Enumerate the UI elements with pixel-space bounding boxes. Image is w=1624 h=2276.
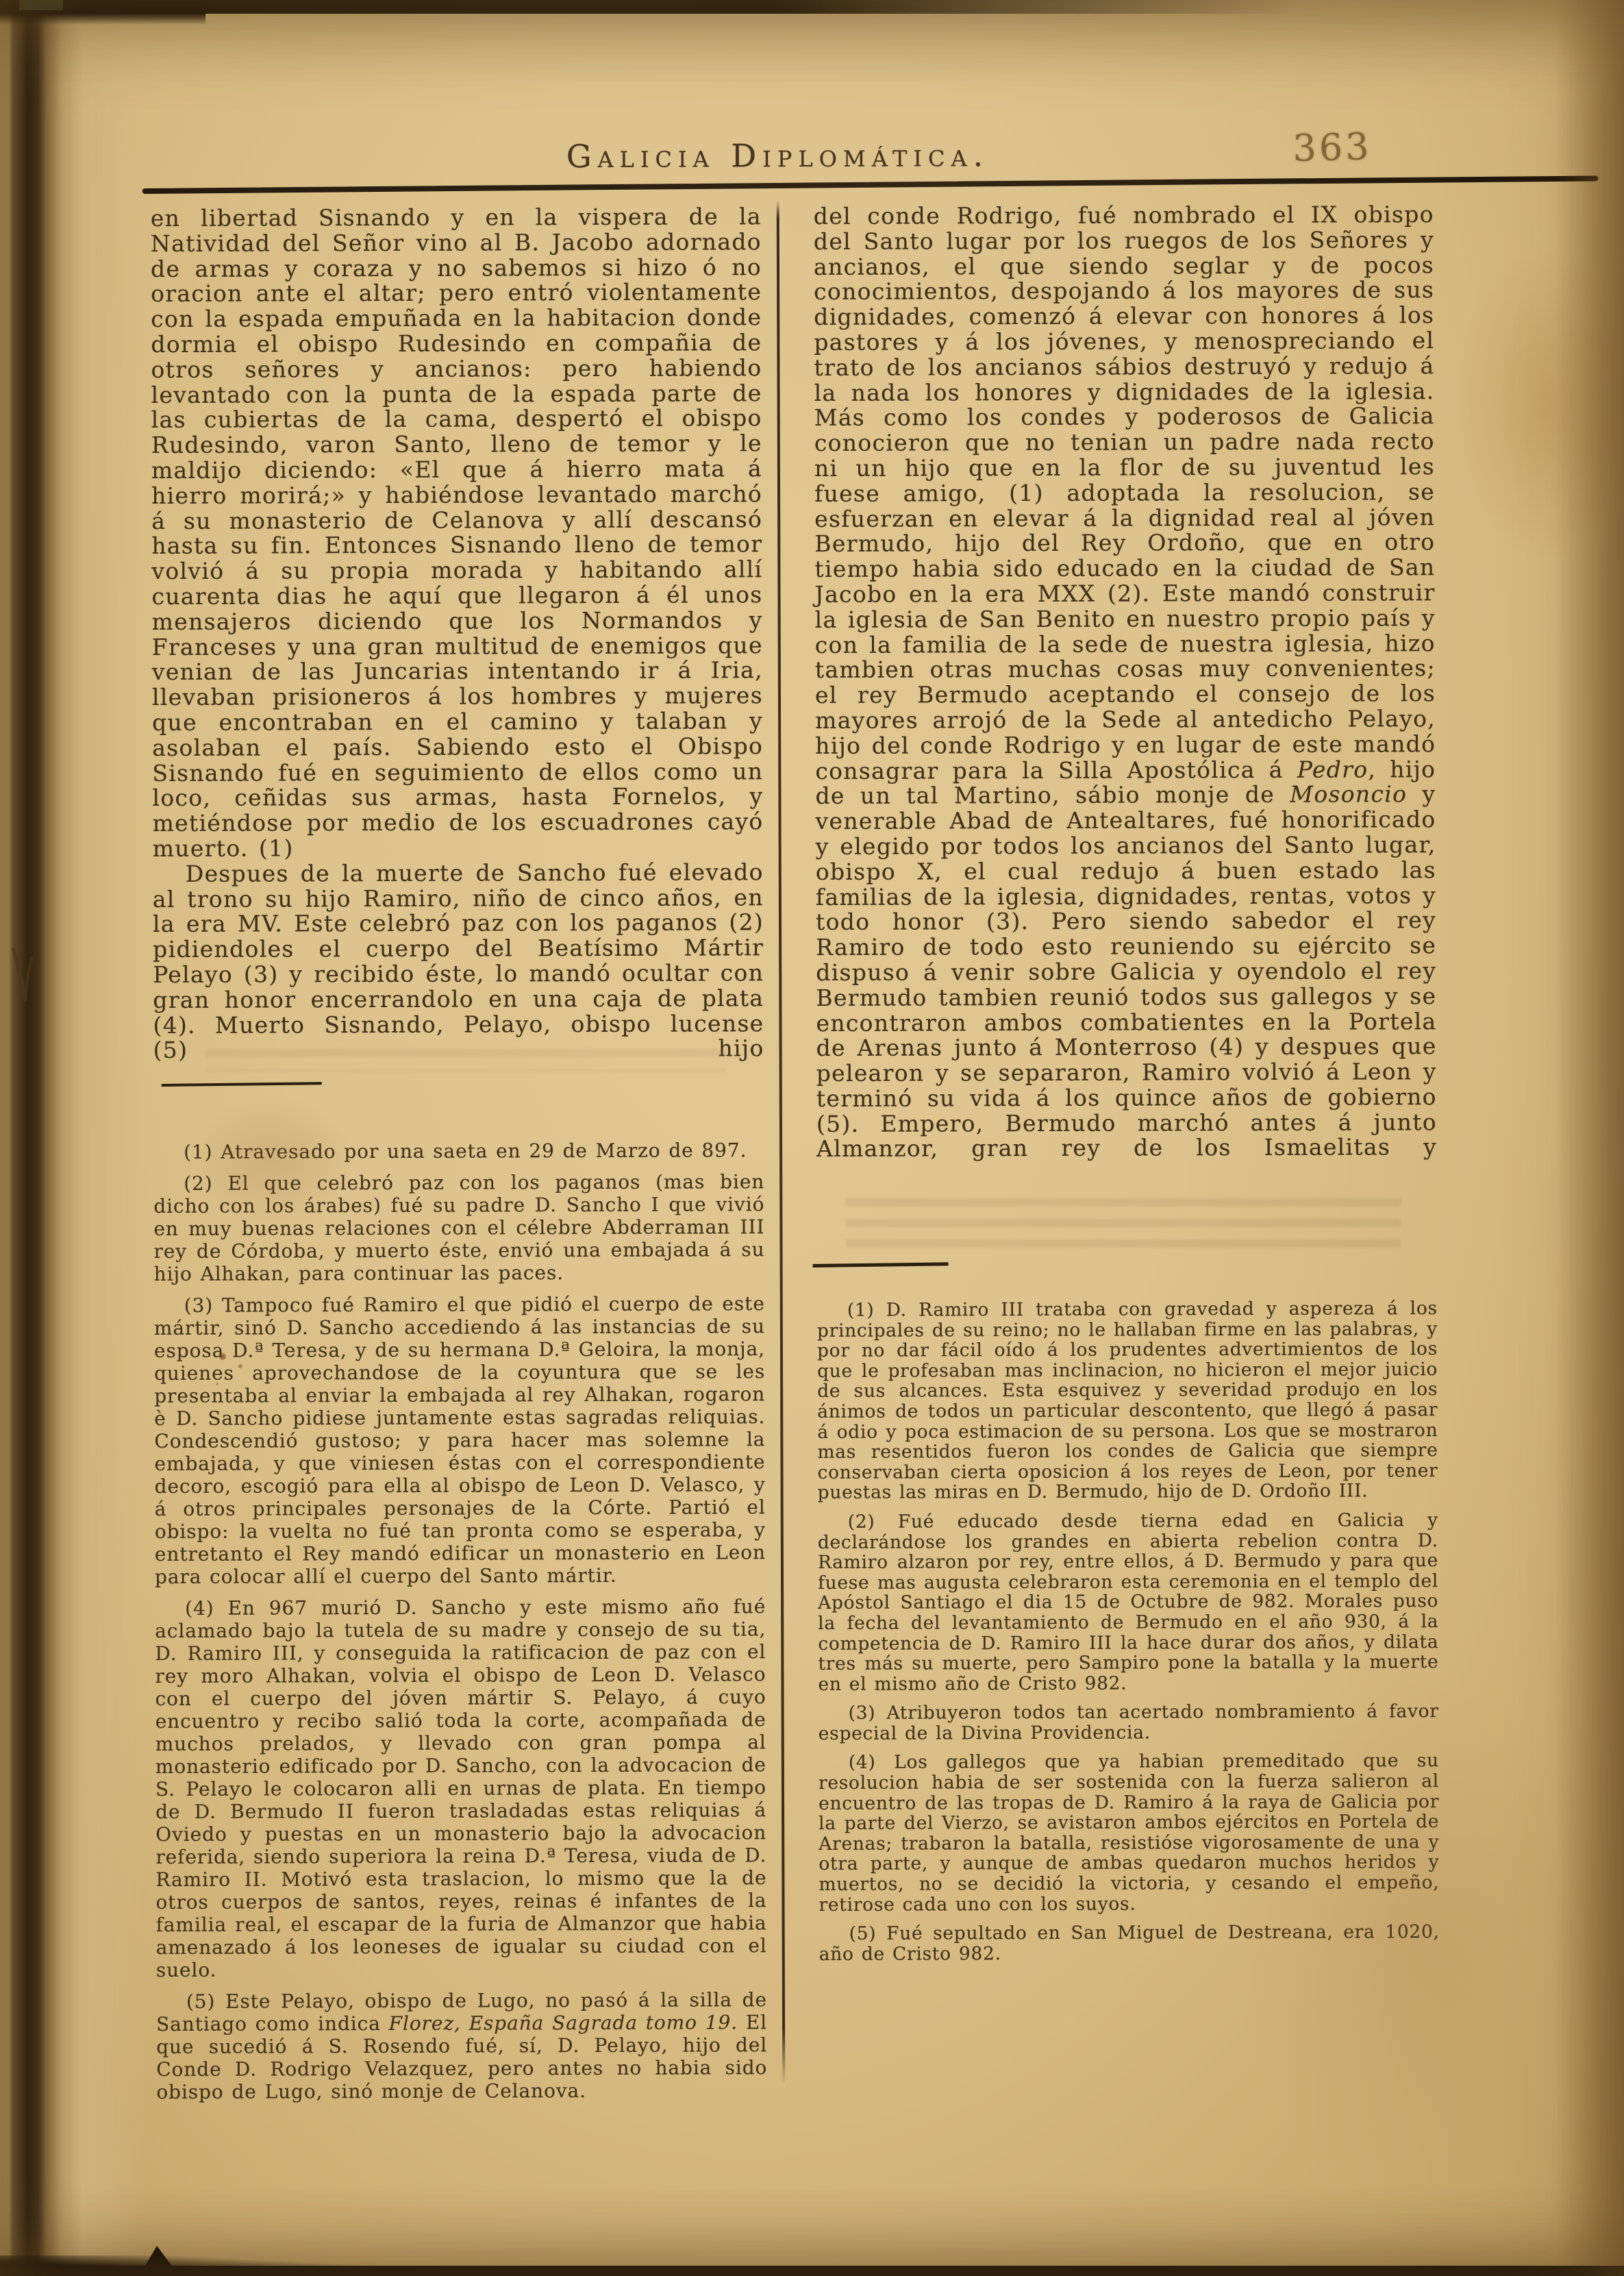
text-run: del conde Rodrigo, fué nombrado el IX ob…	[814, 201, 1436, 784]
paragraph: Despues de la muerte de Sancho fué eleva…	[153, 860, 764, 1063]
footnote-4: (4) Los gallegos que ya habian premedita…	[819, 1751, 1440, 1916]
footnote-5: (5) Este Pelayo, obispo de Lugo, no pasó…	[156, 1988, 768, 2103]
footnote-5: (5) Fué sepultado en San Miguel de Destr…	[819, 1922, 1440, 1964]
text-run: y venerable Abad de Antealtares, fué hon…	[815, 780, 1437, 1162]
scan-bottom-mark	[140, 2245, 175, 2271]
tape-fragment	[19, 0, 63, 10]
column-divider-rule	[777, 200, 786, 2084]
right-column-main-text: del conde Rodrigo, fué nombrado el IX ob…	[814, 202, 1437, 1162]
page-number: 363	[1292, 125, 1373, 170]
left-column-main-text: en libertad Sisnando y en la vispera de …	[151, 204, 764, 1063]
scan-edge-top	[0, 0, 1624, 14]
header-rule	[142, 175, 1599, 194]
handwritten-mark	[8, 945, 49, 1007]
running-header-title: Galicia Diplomática.	[353, 136, 1202, 175]
scan-edge-bottom-left	[0, 2255, 425, 2276]
footnote-separator-left	[162, 1082, 322, 1087]
paragraph: del conde Rodrigo, fué nombrado el IX ob…	[814, 202, 1437, 1162]
footnote-3: (3) Atribuyeron todos tan acertado nombr…	[819, 1701, 1439, 1744]
italic-run: Pedro	[1297, 756, 1369, 782]
printed-area: Galicia Diplomática. 363 en libertad Sis…	[0, 0, 1624, 2276]
footnote-1: (1) Atravesado por una saeta en 29 de Ma…	[153, 1139, 764, 1163]
scanned-book-page: Galicia Diplomática. 363 en libertad Sis…	[0, 0, 1624, 2276]
footnote-2: (2) El que celebró paz con los paganos (…	[153, 1170, 765, 1285]
footnote-2: (2) Fué educado desde tierna edad en Gal…	[818, 1510, 1439, 1694]
footnote-3: (3) Tampoco fué Ramiro el que pidió el c…	[154, 1292, 766, 1588]
italic-run: Mosoncio	[1290, 781, 1407, 808]
footnote-separator-right	[813, 1262, 949, 1267]
footnote-4: (4) En 967 murió D. Sancho y este mismo …	[155, 1595, 767, 1981]
left-column-footnotes: (1) Atravesado por una saeta en 29 de Ma…	[153, 1139, 767, 2112]
right-column-footnotes: (1) D. Ramiro III trataba con gravedad y…	[817, 1298, 1440, 1973]
italic-run: Florez, España Sagrada tomo 19.	[389, 2011, 738, 2035]
paragraph: en libertad Sisnando y en la vispera de …	[151, 204, 764, 862]
footnote-1: (1) D. Ramiro III trataba con gravedad y…	[817, 1298, 1438, 1503]
